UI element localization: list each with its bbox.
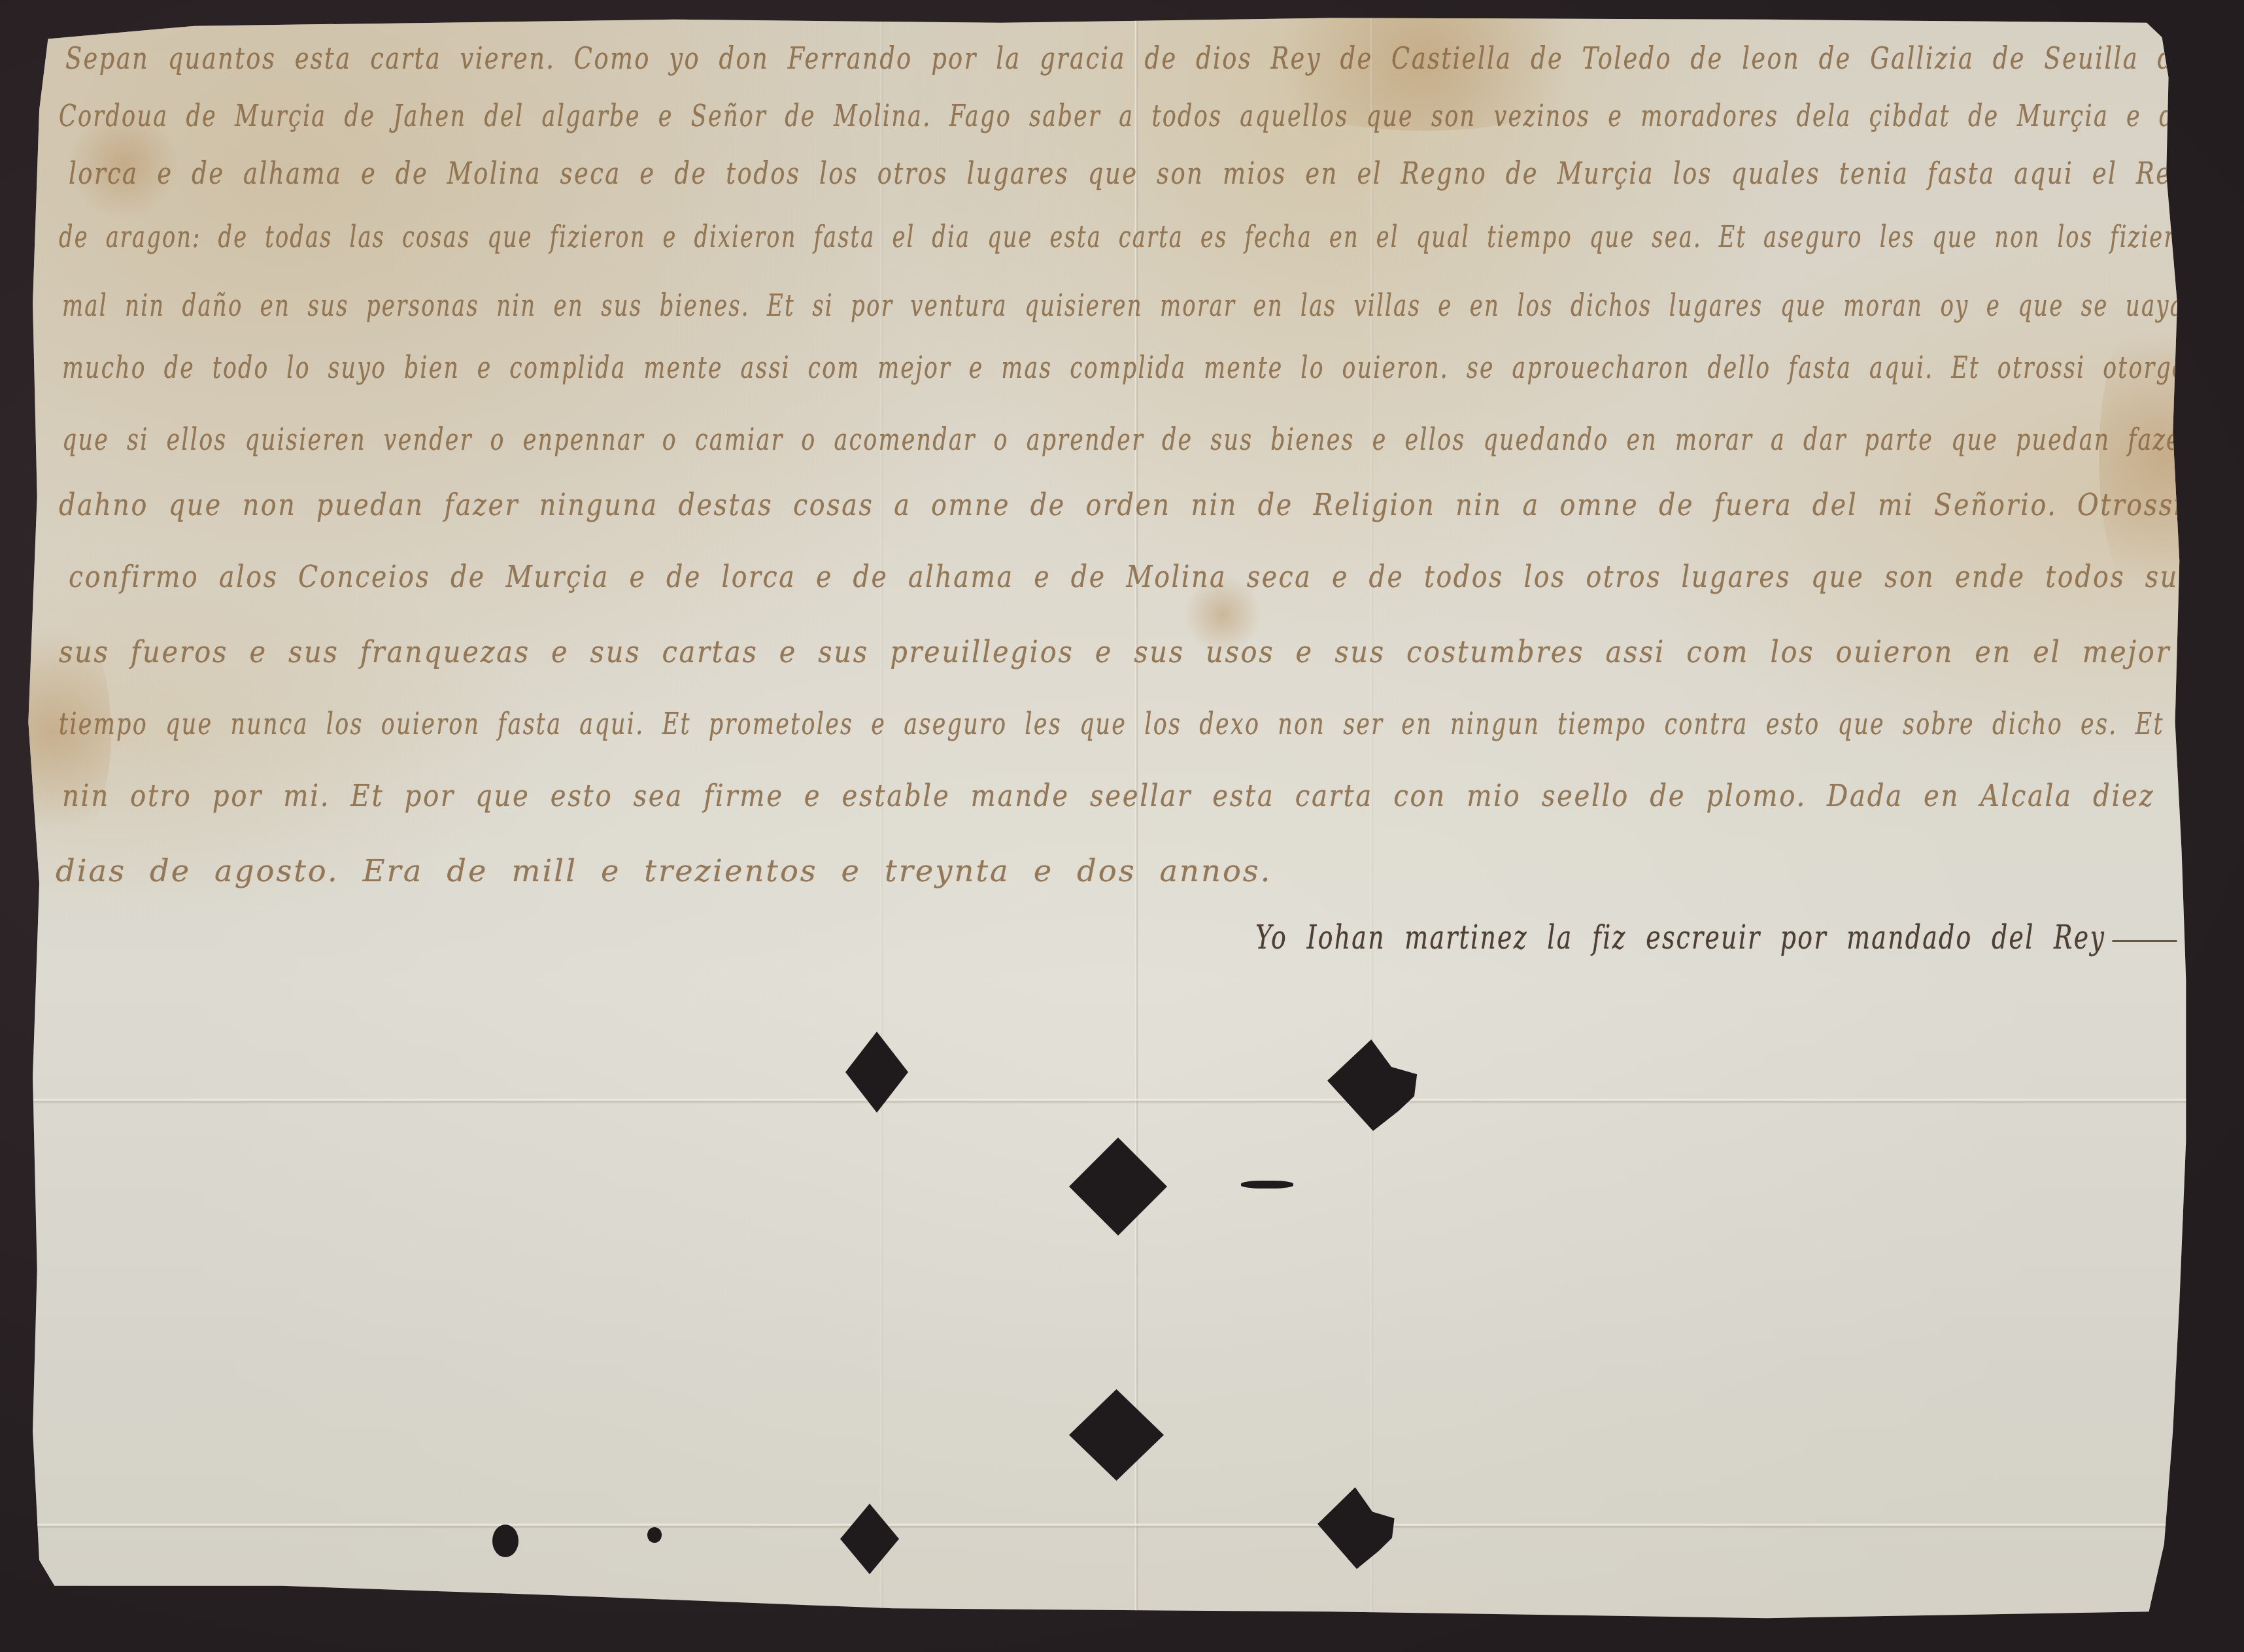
text-line-4: de aragon: de todas las cosas que fizier…: [59, 219, 2190, 254]
text-line-7: que si ellos quisieren vender o enpennar…: [62, 422, 2194, 457]
text-line-3: lorca e de alhama e de Molina seca e de …: [69, 156, 2187, 191]
text-line-13: dias de agosto. Era de mill e trezientos…: [56, 853, 1272, 888]
fold-crease-vertical: [1370, 13, 1374, 1625]
text-line-1: Sepan quantos esta carta vieren. Como yo…: [65, 41, 2190, 76]
stray-hole: [647, 1527, 662, 1543]
stray-hole: [1241, 1181, 1293, 1188]
text-line-5: mal nin daño en sus personas nin en sus …: [62, 288, 2200, 323]
scribe-subscription: Yo Iohan martinez la fiz escreuir por ma…: [1255, 919, 2105, 956]
stray-hole: [492, 1525, 518, 1557]
subscription-flourish: [2112, 940, 2177, 942]
text-line-8: dahno que non puedan fazer ninguna desta…: [59, 487, 2184, 522]
seal-cord-hole: [840, 1504, 899, 1574]
fold-crease-horizontal: [20, 1523, 2203, 1528]
text-line-10: sus fueros e sus franquezas e sus cartas…: [59, 634, 2171, 669]
fold-crease-vertical: [1134, 13, 1138, 1625]
text-line-11: tiempo que nunca los ouieron fasta aqui.…: [59, 706, 2164, 741]
fold-crease-vertical: [879, 13, 883, 1625]
seal-cord-hole: [1327, 1039, 1419, 1131]
parchment-sheet: Sepan quantos esta carta vieren. Como yo…: [20, 13, 2203, 1625]
seal-cord-hole: [1069, 1389, 1164, 1481]
text-line-6: mucho de todo lo suyo bien e complida me…: [62, 350, 2187, 385]
fold-crease-horizontal: [20, 1098, 2203, 1104]
text-line-9: confirmo alos Conceios de Murçia e de lo…: [69, 559, 2194, 594]
text-line-2: Cordoua de Murçia de Jahen del algarbe e…: [59, 98, 2190, 133]
seal-cord-hole: [1317, 1487, 1396, 1569]
text-line-12: nin otro por mi. Et por que esto sea fir…: [62, 778, 2154, 813]
seal-cord-hole: [1069, 1138, 1167, 1236]
